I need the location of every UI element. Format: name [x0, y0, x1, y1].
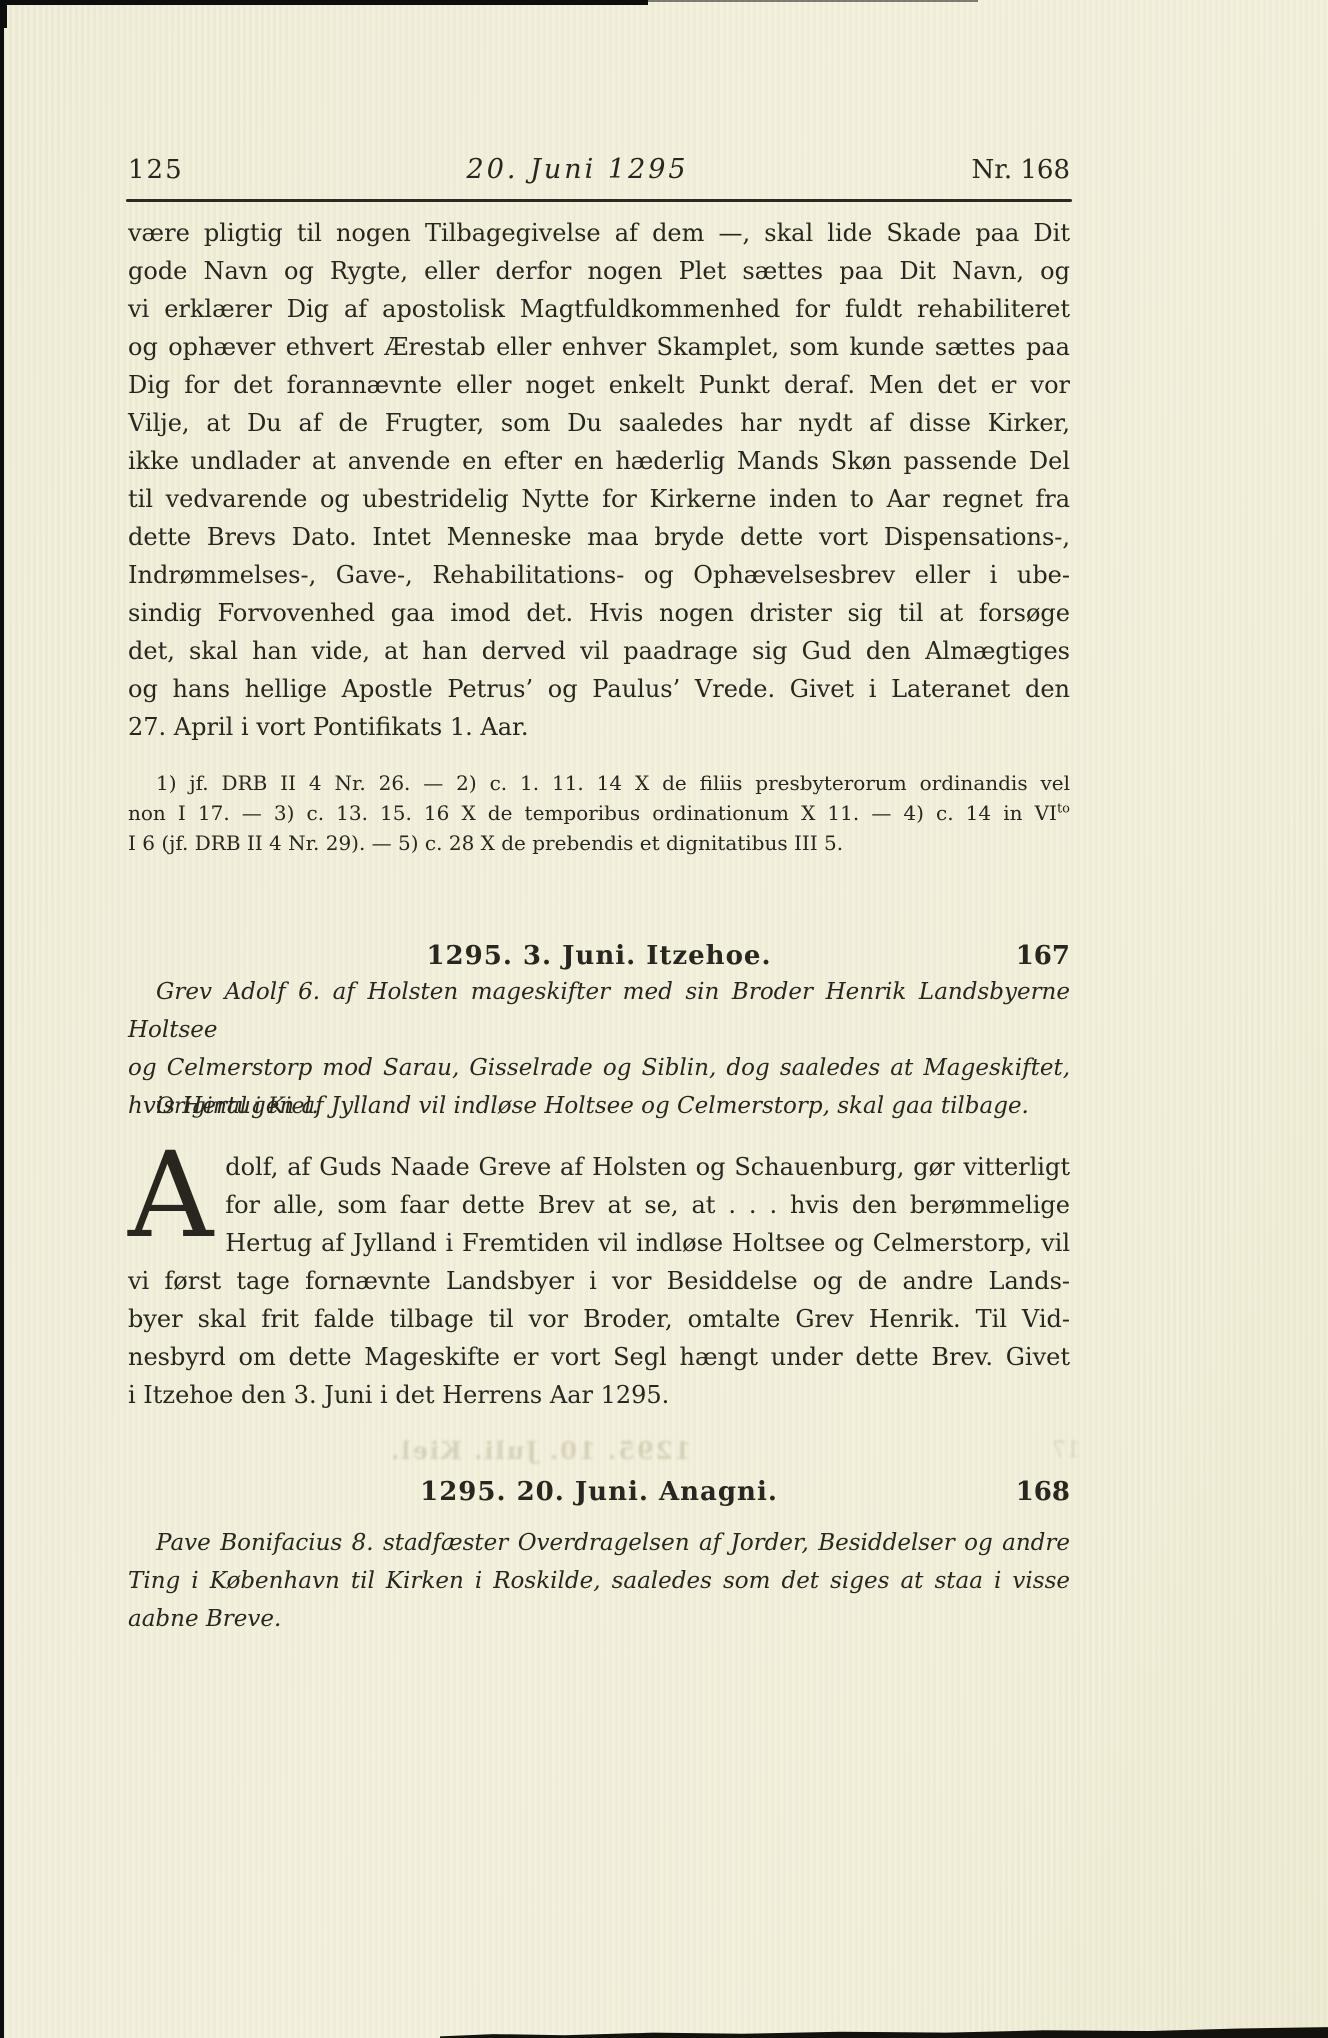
entry-168-heading: 1295. 20. Juni. Anagni. 168: [128, 1477, 1070, 1511]
bleed-through-text: 1295. 10. Juli. Kiel.: [340, 1436, 740, 1465]
text-line: og hans hellige Apostle Petrus’ og Paulu…: [128, 670, 1070, 708]
scan-edge-left-corner: [0, 0, 7, 28]
text-line: gode Navn og Rygte, eller derfor nogen P…: [128, 252, 1070, 290]
text-line: ikke undlader at anvende en efter en hæd…: [128, 442, 1070, 480]
scan-edge-top: [0, 0, 648, 5]
summary-line: og Celmerstorp mod Sarau, Gisselrade og …: [128, 1049, 1070, 1087]
summary-line: Ting i København til Kirken i Roskilde, …: [128, 1562, 1070, 1600]
footnote-line: non I 17. — 3) c. 13. 15. 16 X de tempor…: [128, 798, 1070, 828]
entry-167-body-paragraph: A dolf, af Guds Naade Greve af Holsten o…: [128, 1148, 1070, 1414]
text-line: vi først tage fornævnte Landsbyer i vor …: [128, 1262, 1070, 1300]
text-line: byer skal frit falde tilbage til vor Bro…: [128, 1300, 1070, 1338]
footnote-superscript: to: [1057, 801, 1070, 816]
text-line: Indrømmelses-, Gave-, Rehabilitations- o…: [128, 556, 1070, 594]
text-line: Vilje, at Du af de Frugter, som Du saale…: [128, 404, 1070, 442]
bleed-through-mark: 17: [1052, 1438, 1080, 1463]
page-number: 125: [128, 155, 184, 185]
summary-line: Grev Adolf 6. af Holsten mageskifter med…: [128, 973, 1070, 1049]
text-line: dette Brevs Dato. Intet Menneske maa bry…: [128, 518, 1070, 556]
entry-167-number: 167: [1016, 941, 1070, 971]
scan-edge-bottom: [440, 2024, 1328, 2038]
text-line: være pligtig til nogen Tilbagegivelse af…: [128, 214, 1070, 252]
text-line: nesbyrd om dette Mageskifte er vort Segl…: [128, 1338, 1070, 1376]
text-line: 27. April i vort Pontifikats 1. Aar.: [128, 708, 1070, 746]
footnote-line: I 6 (jf. DRB II 4 Nr. 29). — 5) c. 28 X …: [128, 828, 1070, 858]
text-line: vi erklærer Dig af apostolisk Magtfuldko…: [128, 290, 1070, 328]
header-rule: [126, 199, 1072, 202]
text-line: sindig Forvovenhed gaa imod det. Hvis no…: [128, 594, 1070, 632]
text-line: Dig for det forannævnte eller noget enke…: [128, 366, 1070, 404]
summary-line: aabne Breve.: [128, 1600, 1070, 1638]
entry-167-heading: 1295. 3. Juni. Itzehoe. 167: [128, 941, 1070, 975]
entry-168-number: 168: [1016, 1477, 1070, 1507]
text-line: til vedvarende og ubestridelig Nytte for…: [128, 480, 1070, 518]
footnote-line: 1) jf. DRB II 4 Nr. 26. — 2) c. 1. 11. 1…: [128, 768, 1070, 798]
scanned-page: 125 20. Juni 1295 Nr. 168 være pligtig t…: [0, 0, 1328, 2038]
running-date: 20. Juni 1295: [184, 154, 972, 185]
text-line: i Itzehoe den 3. Juni i det Herrens Aar …: [128, 1376, 1070, 1414]
entry-168-date-place: 1295. 20. Juni. Anagni.: [128, 1477, 1070, 1507]
scan-edge-left: [0, 0, 4, 2038]
entry-167-date-place: 1295. 3. Juni. Itzehoe.: [128, 941, 1070, 971]
running-header: 125 20. Juni 1295 Nr. 168: [128, 154, 1070, 194]
summary-line: Pave Bonifacius 8. stadfæster Overdragel…: [128, 1524, 1070, 1562]
provenance-note: Original i Kiel.: [128, 1094, 1070, 1119]
text-line: og ophæver ethvert Ærestab eller enhver …: [128, 328, 1070, 366]
drop-cap-initial: A: [128, 1150, 225, 1234]
text-line: for alle, som faar dette Brev at se, at …: [128, 1186, 1070, 1224]
footnote-block: 1) jf. DRB II 4 Nr. 26. — 2) c. 1. 11. 1…: [128, 768, 1070, 858]
scan-edge-top-thin: [648, 0, 978, 2]
entry-168-summary: Pave Bonifacius 8. stadfæster Overdragel…: [128, 1524, 1070, 1638]
text-line: det, skal han vide, at han derved vil pa…: [128, 632, 1070, 670]
footnote-text: non I 17. — 3) c. 13. 15. 16 X de tempor…: [128, 801, 1057, 825]
running-doc-number: Nr. 168: [972, 155, 1070, 185]
text-line: Hertug af Jylland i Fremtiden vil indløs…: [128, 1224, 1070, 1262]
text-line: dolf, af Guds Naade Greve af Holsten og …: [128, 1148, 1070, 1186]
doc-168-continuation-paragraph: være pligtig til nogen Tilbagegivelse af…: [128, 214, 1070, 746]
